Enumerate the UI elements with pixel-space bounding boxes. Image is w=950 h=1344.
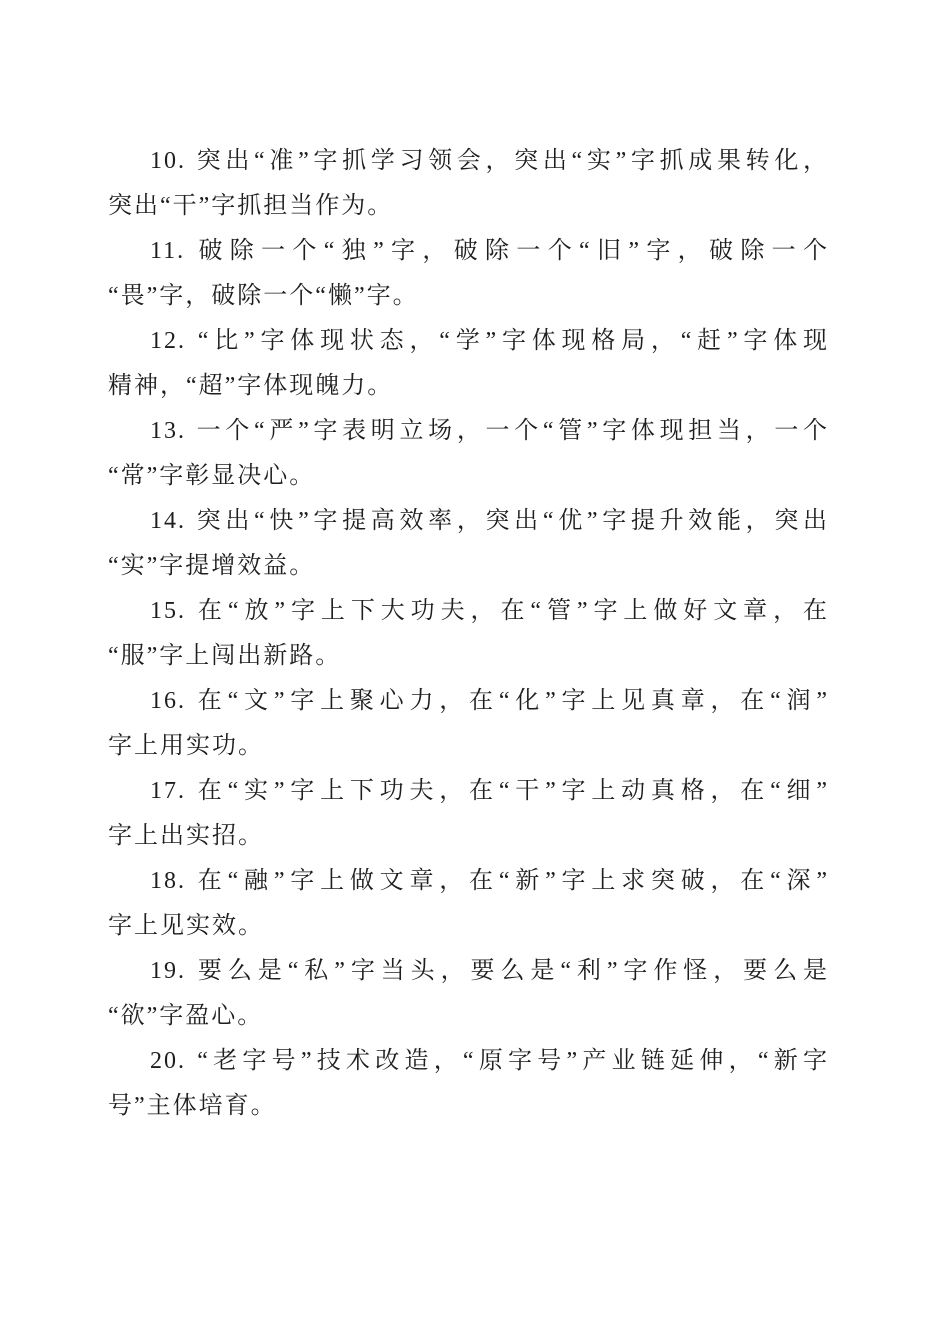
paragraph: 15. 在“放”字上下大功夫，在“管”字上做好文章，在“服”字上闯出新路。 xyxy=(108,589,829,679)
text-line: 精神，“超”字体现魄力。 xyxy=(108,364,829,409)
text-line: 10. 突出“准”字抓学习领会，突出“实”字抓成果转化， xyxy=(108,139,829,184)
text-line: 12. “比”字体现状态，“学”字体现格局，“赶”字体现 xyxy=(108,319,829,364)
text-line: “常”字彰显决心。 xyxy=(108,454,829,499)
paragraph: 11. 破除一个“独”字，破除一个“旧”字，破除一个“畏”字，破除一个“懒”字。 xyxy=(108,229,829,319)
text-line: 13. 一个“严”字表明立场，一个“管”字体现担当，一个 xyxy=(108,409,829,454)
document-body: 10. 突出“准”字抓学习领会，突出“实”字抓成果转化，突出“干”字抓担当作为。… xyxy=(108,139,829,1129)
text-line: 18. 在“融”字上做文章，在“新”字上求突破，在“深” xyxy=(108,859,829,904)
text-line: “实”字提增效益。 xyxy=(108,544,829,589)
text-line: “畏”字，破除一个“懒”字。 xyxy=(108,274,829,319)
text-line: “欲”字盈心。 xyxy=(108,994,829,1039)
paragraph: 19. 要么是“私”字当头，要么是“利”字作怪，要么是“欲”字盈心。 xyxy=(108,949,829,1039)
text-line: 20. “老字号”技术改造，“原字号”产业链延伸，“新字 xyxy=(108,1039,829,1084)
text-line: 17. 在“实”字上下功夫，在“干”字上动真格，在“细” xyxy=(108,769,829,814)
paragraph: 17. 在“实”字上下功夫，在“干”字上动真格，在“细”字上出实招。 xyxy=(108,769,829,859)
paragraph: 14. 突出“快”字提高效率，突出“优”字提升效能，突出“实”字提增效益。 xyxy=(108,499,829,589)
text-line: 19. 要么是“私”字当头，要么是“利”字作怪，要么是 xyxy=(108,949,829,994)
paragraph: 16. 在“文”字上聚心力，在“化”字上见真章，在“润”字上用实功。 xyxy=(108,679,829,769)
paragraph: 20. “老字号”技术改造，“原字号”产业链延伸，“新字号”主体培育。 xyxy=(108,1039,829,1129)
text-line: 14. 突出“快”字提高效率，突出“优”字提升效能，突出 xyxy=(108,499,829,544)
document-page: 10. 突出“准”字抓学习领会，突出“实”字抓成果转化，突出“干”字抓担当作为。… xyxy=(0,0,950,1344)
text-line: 字上出实招。 xyxy=(108,814,829,859)
paragraph: 13. 一个“严”字表明立场，一个“管”字体现担当，一个“常”字彰显决心。 xyxy=(108,409,829,499)
paragraph: 12. “比”字体现状态，“学”字体现格局，“赶”字体现精神，“超”字体现魄力。 xyxy=(108,319,829,409)
text-line: “服”字上闯出新路。 xyxy=(108,634,829,679)
text-line: 11. 破除一个“独”字，破除一个“旧”字，破除一个 xyxy=(108,229,829,274)
text-line: 16. 在“文”字上聚心力，在“化”字上见真章，在“润” xyxy=(108,679,829,724)
paragraph: 18. 在“融”字上做文章，在“新”字上求突破，在“深”字上见实效。 xyxy=(108,859,829,949)
text-line: 号”主体培育。 xyxy=(108,1084,829,1129)
text-line: 15. 在“放”字上下大功夫，在“管”字上做好文章，在 xyxy=(108,589,829,634)
text-line: 字上见实效。 xyxy=(108,904,829,949)
text-line: 字上用实功。 xyxy=(108,724,829,769)
paragraph: 10. 突出“准”字抓学习领会，突出“实”字抓成果转化，突出“干”字抓担当作为。 xyxy=(108,139,829,229)
text-line: 突出“干”字抓担当作为。 xyxy=(108,184,829,229)
